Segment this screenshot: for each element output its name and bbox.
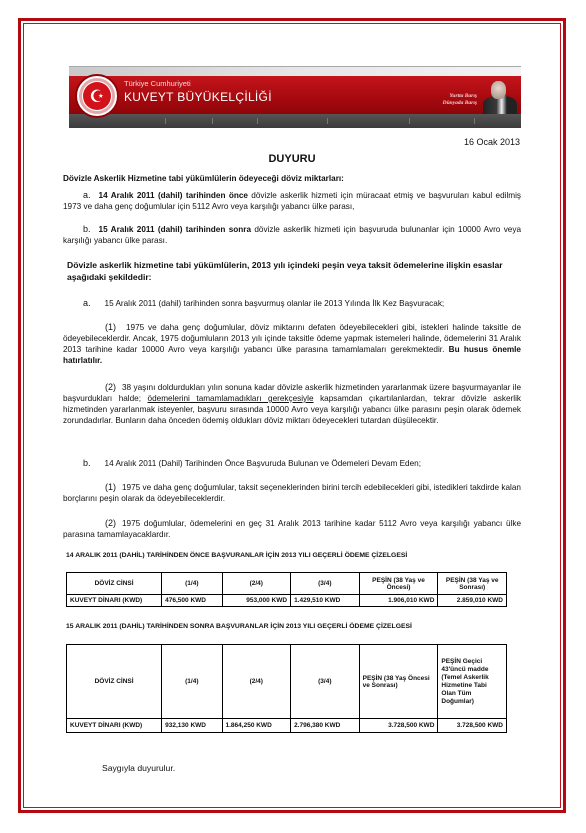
table-2-header: (2/4) — [222, 645, 291, 719]
table-1-cell: 2.859,010 KWD — [438, 595, 507, 607]
section-b-item-1-text: 1975 ve daha genç doğumlular, taksit seç… — [63, 483, 521, 503]
amount-b-label: b. — [83, 224, 91, 235]
amount-a-bold: 14 Aralık 2011 (dahil) tarihinden önce — [99, 191, 248, 200]
embassy-banner: ☪ Türkiye Cumhuriyeti KUVEYT BÜYÜKELÇİLİ… — [69, 66, 521, 128]
section-a-item-2: (2)38 yaşını doldurdukları yılın sonuna … — [63, 382, 521, 426]
nav-separator — [257, 118, 258, 124]
portrait-head — [491, 81, 506, 99]
table-1-cell: 1.906,010 KWD — [359, 595, 438, 607]
table-2-header-row: DÖVİZ CİNSİ (1/4) (2/4) (3/4) PEŞİN (38 … — [67, 645, 507, 719]
payment-table-2: DÖVİZ CİNSİ (1/4) (2/4) (3/4) PEŞİN (38 … — [66, 644, 507, 733]
portrait-image — [479, 78, 519, 114]
table-1-header: (2/4) — [222, 573, 291, 595]
nav-separator — [212, 118, 213, 124]
table-1-cell: 1.429,510 KWD — [291, 595, 360, 607]
section-b-text: 14 Aralık 2011 (Dahil) Tarihinden Önce B… — [105, 459, 421, 468]
table-2-header: PEŞİN (38 Yaş Öncesi ve Sonrası) — [359, 645, 438, 719]
banner-subtitle: Türkiye Cumhuriyeti — [124, 79, 191, 88]
table-1-header: DÖVİZ CİNSİ — [67, 573, 162, 595]
table-1-caption: 14 ARALIK 2011 (DAHİL) TARİHİNDEN ÖNCE B… — [66, 552, 407, 559]
table-2-cell: 3.728,500 KWD — [438, 719, 507, 733]
amount-a-label: a. — [83, 190, 91, 201]
section-a-item-2-underlined: ödemelerini tamamlamadıkları gerekçesiyl… — [148, 394, 314, 403]
table-row: KUVEYT DİNARI (KWD) 932,130 KWD 1.864,25… — [67, 719, 507, 733]
section-b-item-1-label: (1) — [105, 482, 116, 493]
section-a-heading: a.15 Aralık 2011 (dahil) tarihinden sonr… — [63, 298, 521, 309]
table-2-header: (1/4) — [162, 645, 222, 719]
table-1-cell: KUVEYT DİNARI (KWD) — [67, 595, 162, 607]
rules-heading: Dövizle askerlik hizmetine tabi yükümlül… — [67, 259, 521, 283]
seal-ring — [79, 78, 115, 114]
table-2-cell: KUVEYT DİNARI (KWD) — [67, 719, 162, 733]
table-1-cell: 953,000 KWD — [222, 595, 291, 607]
banner-title: KUVEYT BÜYÜKELÇİLİĞİ — [124, 90, 272, 104]
section-b-item-2-text: 1975 doğumlular, ödemelerini en geç 31 A… — [63, 519, 521, 539]
table-2-cell: 932,130 KWD — [162, 719, 222, 733]
table-2-cell: 3.728,500 KWD — [359, 719, 438, 733]
nav-separator — [474, 118, 475, 124]
table-2-cell: 1.864,250 KWD — [222, 719, 291, 733]
amount-item-b: b.15 Aralık 2011 (dahil) tarihinden sonr… — [63, 224, 521, 246]
section-a-item-2-label: (2) — [105, 382, 116, 393]
table-1-header: PEŞİN (38 Yaş ve Öncesi) — [359, 573, 438, 595]
nav-separator — [165, 118, 166, 124]
table-1-cell: 476,500 KWD — [162, 595, 222, 607]
section-b-item-2-label: (2) — [105, 518, 116, 529]
slogan-line-1: Yurtta Barış — [443, 93, 477, 100]
document-date: 16 Ocak 2013 — [464, 137, 520, 147]
amount-b-bold: 15 Aralık 2011 (dahil) tarihinden sonra — [99, 225, 252, 234]
banner-slogan: Yurtta Barış Dünyada Barış — [443, 93, 477, 107]
table-2-header: PEŞİN Geçici 43'üncü madde (Temel Askerl… — [438, 645, 507, 719]
banner-nav-bar — [69, 114, 521, 128]
table-2-caption: 15 ARALIK 2011 (DAHİL) TARİHİNDEN SONRA … — [66, 623, 412, 630]
table-row: KUVEYT DİNARI (KWD) 476,500 KWD 953,000 … — [67, 595, 507, 607]
table-1-header: PEŞİN (38 Yaş ve Sonrası) — [438, 573, 507, 595]
table-1-header-row: DÖVİZ CİNSİ (1/4) (2/4) (3/4) PEŞİN (38 … — [67, 573, 507, 595]
section-a-text: 15 Aralık 2011 (dahil) tarihinden sonra … — [105, 299, 445, 308]
intro-heading: Dövizle Askerlik Hizmetine tabi yükümlül… — [63, 173, 521, 184]
document-title: DUYURU — [63, 153, 521, 165]
section-b-item-2: (2)1975 doğumlular, ödemelerini en geç 3… — [63, 518, 521, 540]
section-a-item-1-label: (1) — [105, 322, 116, 333]
table-1-header: (1/4) — [162, 573, 222, 595]
nav-separator — [327, 118, 328, 124]
amount-item-a: a.14 Aralık 2011 (dahil) tarihinden önce… — [63, 190, 521, 212]
section-b-item-1: (1)1975 ve daha genç doğumlular, taksit … — [63, 482, 521, 504]
slogan-line-2: Dünyada Barış — [443, 100, 477, 107]
ministry-seal-icon: ☪ — [75, 74, 119, 118]
closing-line: Saygıyla duyurulur. — [102, 763, 560, 774]
section-b-label: b. — [83, 458, 91, 469]
table-1-header: (3/4) — [291, 573, 360, 595]
section-a-label: a. — [83, 298, 91, 309]
section-a-item-1: (1)1975 ve daha genç doğumlular, döviz m… — [63, 322, 521, 366]
nav-separator — [409, 118, 410, 124]
payment-table-1: DÖVİZ CİNSİ (1/4) (2/4) (3/4) PEŞİN (38 … — [66, 572, 507, 607]
table-2-cell: 2.796,380 KWD — [291, 719, 360, 733]
section-b-heading: b.14 Aralık 2011 (Dahil) Tarihinden Önce… — [63, 458, 521, 469]
table-2-header: (3/4) — [291, 645, 360, 719]
table-2-header: DÖVİZ CİNSİ — [67, 645, 162, 719]
